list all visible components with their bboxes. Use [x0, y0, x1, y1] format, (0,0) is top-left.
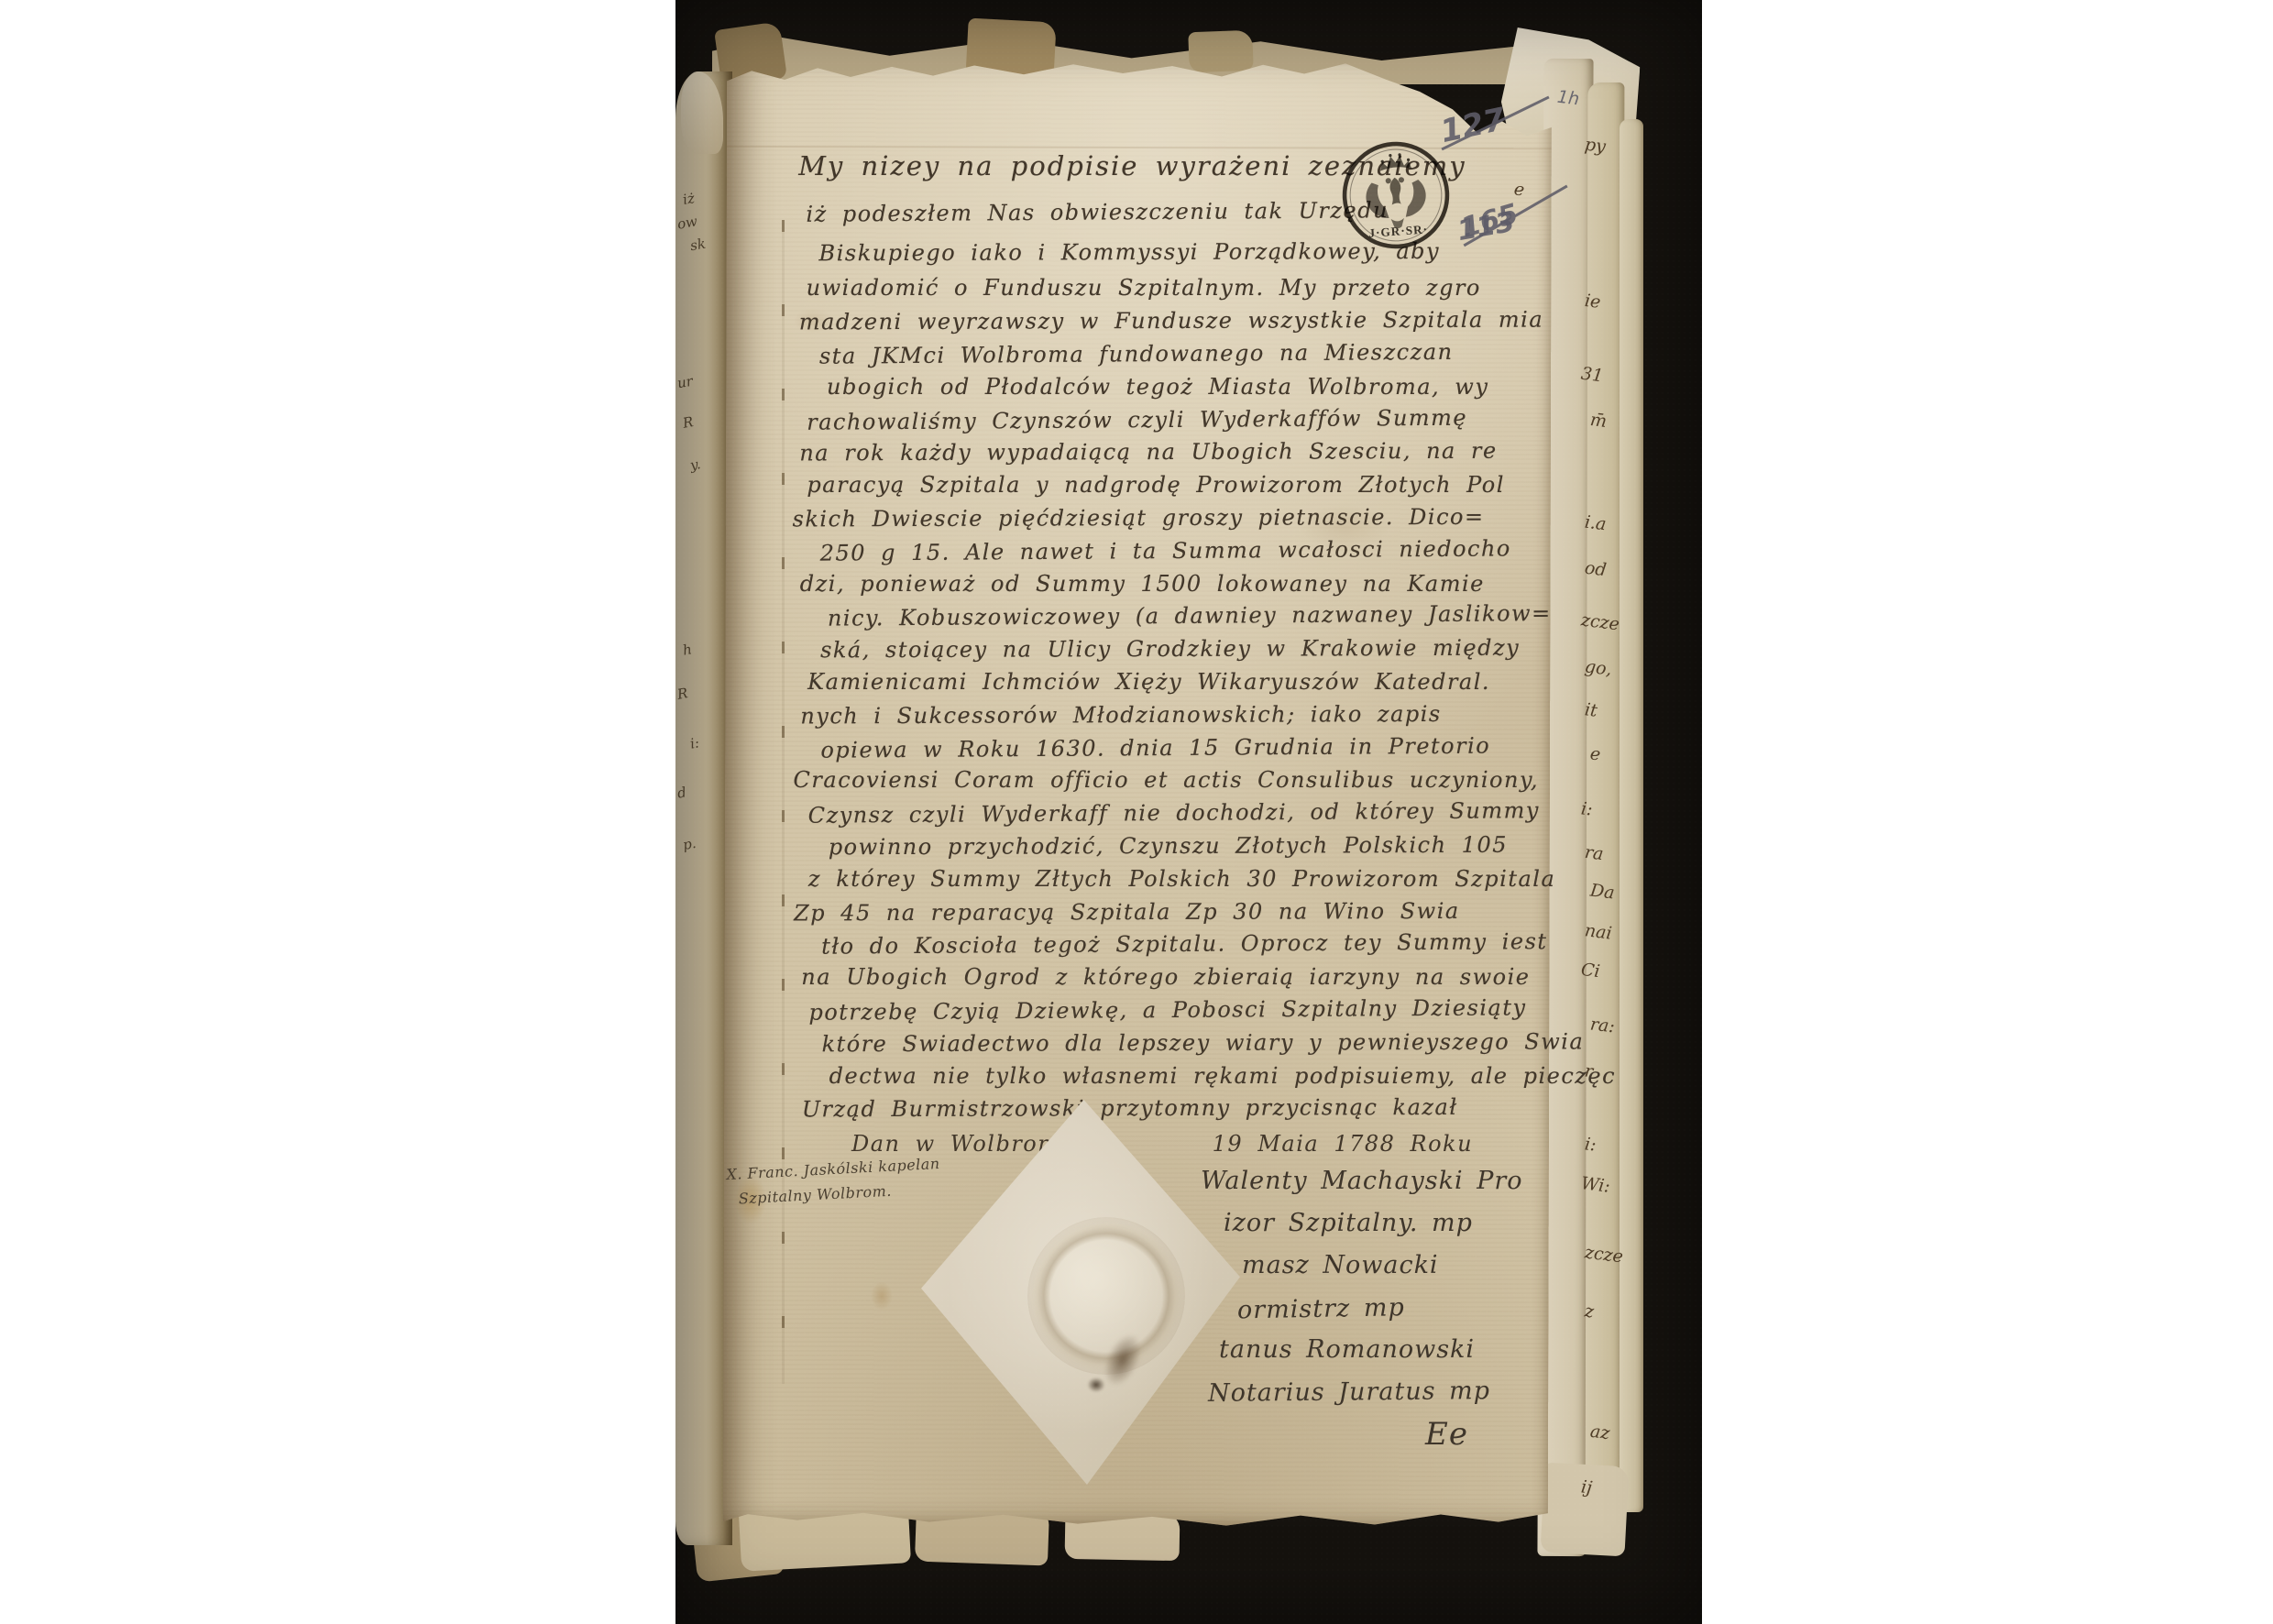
manuscript-line: madzeni weyrzawszy w Fundusze wszystkie … [799, 304, 1534, 340]
manuscript-line: ubogich od Płodalców tegoż Miasta Wolbro… [827, 371, 1534, 404]
stamp-label: J·GR·SR· [1368, 222, 1429, 239]
manuscript-line: Czynsz czyli Wyderkaff nie dochodzi, od … [808, 795, 1536, 832]
manuscript-line: Cracoviensi Coram officio et actis Consu… [794, 764, 1536, 797]
manuscript-line: paracyą Szpitala y nadgrodę Prowizorom Z… [807, 469, 1534, 502]
manuscript-line: Kamienicami Ichmciów Xięży Wikaryuszów K… [807, 666, 1535, 699]
manuscript-line: które Swiadectwo dla lepszey wiary y pew… [821, 1026, 1536, 1061]
manuscript-line: na rok każdy wypadaiącą na Ubogich Szesc… [799, 435, 1534, 471]
manuscript-line: tło do Koscioła tegoż Szpitalu. Oprocz t… [821, 927, 1536, 964]
pencil-folio-number: 127 [1437, 92, 1553, 150]
signature-line: tanus Romanowski [1219, 1329, 1597, 1371]
manuscript-line: nicy. Kobuszowiczowey (a dawniey nazwane… [828, 598, 1535, 636]
manuscript-line: opiewa w Roku 1630. dnia 15 Grudnia in P… [820, 730, 1535, 767]
signature-line: ormistrz mp [1237, 1284, 1598, 1333]
manuscript-text: My nizey na podpisie wyrażeni zeznaiemyi… [791, 149, 1537, 1127]
dateline-date: 19 Maia 1788 Roku [1213, 1131, 1473, 1157]
torn-paper-fragment [1540, 1463, 1629, 1557]
torn-paper-fragment [1188, 30, 1253, 72]
manuscript-line: Zp 45 na reparacyą Szpitala Zp 30 na Win… [794, 894, 1536, 930]
ink-smudge [1084, 1375, 1108, 1395]
dateline-place: Dan w Wolbrom [851, 1131, 1060, 1157]
manuscript-line: uwiadomić o Funduszu Szpitalnym. My prze… [807, 272, 1534, 305]
manuscript-line: Urząd Burmistrzowski przytomny przycisną… [802, 1092, 1537, 1127]
signature-line: izor Szpitalny. mp [1224, 1202, 1597, 1245]
signature-line: Notarius Juratus mp [1208, 1369, 1597, 1415]
signature-line: masz Nowacki [1242, 1245, 1597, 1287]
manuscript-line: nych i Sukcessorów Młodzianowskich; iako… [800, 697, 1535, 733]
manuscript-line: rachowaliśmy Czynszów czyli Wyderkaffów … [807, 401, 1534, 439]
page-stack-edge [1620, 119, 1643, 1512]
manuscript-line: dzi, ponieważ od Summy 1500 lokowaney na… [800, 568, 1535, 601]
signature-line: Walenty Machayski Pro [1201, 1160, 1597, 1202]
manuscript-line: dectwa nie tylko własnemi rękami podpisu… [829, 1059, 1537, 1092]
signature-line: Ee [1425, 1413, 1597, 1455]
manuscript-line: skich Dwiescie pięćdziesiąt groszy pietn… [792, 501, 1534, 537]
manuscript-line: ská, stoiącey na Ulicy Grodzkiey w Krako… [820, 632, 1535, 668]
signature-block: Walenty Machayski Proizor Szpitalny. mpm… [1193, 1160, 1597, 1455]
manuscript-line: 250 g 15. Ale nawet i ta Summa wcałosci … [820, 532, 1535, 570]
manuscript-line: sta JKMci Wolbroma fundowanego na Mieszc… [819, 335, 1534, 373]
manuscript-line: potrzebę Czyią Dziewkę, a Pobosci Szpita… [808, 992, 1536, 1029]
binding-stitches [782, 220, 785, 1384]
manuscript-line: powinno przychodzić, Czynszu Złotych Pol… [829, 829, 1536, 864]
manuscript-photo: iżowskurRy.hRi:dp. J·GR·SR· 127165113 My… [675, 0, 1702, 1624]
pencil-folio-numbers: 127165113 [1434, 103, 1544, 258]
manuscript-line: z którey Summy Złtych Polskich 30 Prowiz… [808, 863, 1536, 896]
manuscript-line: na Ubogich Ogrod z którego zbieraią iarz… [801, 961, 1536, 994]
